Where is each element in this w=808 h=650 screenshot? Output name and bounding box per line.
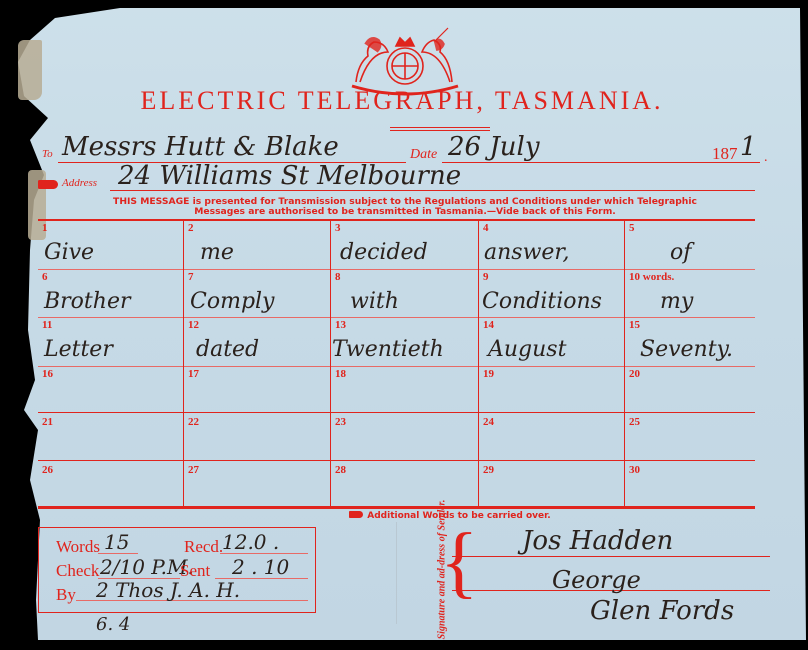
grid-row-line <box>38 317 755 318</box>
cell-word: my <box>660 289 693 314</box>
cell-word: me <box>200 240 234 265</box>
cell-number: 7 <box>188 271 194 283</box>
words-value: 15 <box>104 530 129 554</box>
grid-top-border <box>38 219 755 221</box>
cell-number: 24 <box>483 416 494 428</box>
cell-number: 3 <box>335 222 341 234</box>
cell-number: 28 <box>335 464 346 476</box>
grid-row-line <box>38 460 755 461</box>
check-label: Check <box>56 561 99 581</box>
sent-value: 2 . 10 <box>232 555 289 579</box>
grid-row-line <box>38 412 755 413</box>
grid-row-line <box>38 366 755 367</box>
cell-number: 20 <box>629 368 640 380</box>
cell-number: 6 <box>42 271 48 283</box>
signature-label: Signature and ad-dress of Sender. <box>396 528 436 620</box>
cell-word: Brother <box>44 289 130 314</box>
cell-number: 30 <box>629 464 640 476</box>
cell-word: August <box>488 337 566 362</box>
cell-number: 4 <box>483 222 489 234</box>
notice-line-2: Messages are authorised to be transmitte… <box>60 207 750 217</box>
date-period: . <box>764 150 768 166</box>
words-label: Words <box>56 537 100 557</box>
cell-word: Letter <box>44 337 113 362</box>
received-label: Recd. <box>184 537 223 557</box>
cell-number: 29 <box>483 464 494 476</box>
grid-bottom-border <box>38 506 755 509</box>
cell-word: Give <box>44 240 94 265</box>
cell-number: 12 <box>188 319 199 331</box>
cell-number: 13 <box>335 319 346 331</box>
by-label: By <box>56 585 76 605</box>
cell-number: 18 <box>335 368 346 380</box>
cell-word: answer, <box>484 240 570 265</box>
year-digit: 1 <box>740 132 757 162</box>
margin-note: 6. 4 <box>96 614 130 635</box>
cell-word: decided <box>340 240 428 265</box>
sender-address-line-1: George <box>552 566 641 594</box>
cell-number: 2 <box>188 222 194 234</box>
year-prefix: 187 <box>712 144 738 164</box>
cell-number: 19 <box>483 368 494 380</box>
cell-word: Comply <box>190 289 275 314</box>
address-label: Address <box>62 177 97 189</box>
cell-number: 25 <box>629 416 640 428</box>
cell-word: dated <box>196 337 259 362</box>
cell-number: 27 <box>188 464 199 476</box>
cell-number: 5 <box>629 222 635 234</box>
by-value: 2 Thos J. A. H. <box>96 578 240 602</box>
cell-number: 9 <box>483 271 489 283</box>
address-value: 24 Williams St Melbourne <box>118 161 461 191</box>
cell-number: 1 <box>42 222 48 234</box>
cell-number: 10 words. <box>629 271 674 283</box>
title-underline <box>390 130 490 131</box>
cell-number: 8 <box>335 271 341 283</box>
cell-word: of <box>670 240 691 265</box>
title-underline <box>390 127 490 128</box>
cell-number: 17 <box>188 368 199 380</box>
torn-edge <box>18 40 42 100</box>
cell-word: Conditions <box>482 289 602 314</box>
pointing-hand-icon <box>349 511 363 518</box>
cell-word: Twentieth <box>332 337 444 362</box>
cell-word: Seventy. <box>640 337 733 362</box>
to-label: To <box>42 148 53 160</box>
cell-number: 23 <box>335 416 346 428</box>
sender-address-line-2: Glen Fords <box>590 596 734 626</box>
grid-row-line <box>38 269 755 270</box>
to-recipient: Messrs Hutt & Blake <box>62 132 339 162</box>
date-value: 26 July <box>448 132 540 162</box>
cell-number: 11 <box>42 319 52 331</box>
signature-line-1 <box>452 556 770 557</box>
cell-number: 22 <box>188 416 199 428</box>
cell-number: 15 <box>629 319 640 331</box>
cell-number: 21 <box>42 416 53 428</box>
cell-number: 16 <box>42 368 53 380</box>
cell-word: with <box>350 289 399 314</box>
grid-col-line <box>330 220 331 508</box>
cell-number: 14 <box>483 319 494 331</box>
pointing-hand-icon <box>38 180 58 189</box>
grid-col-line <box>183 220 184 508</box>
form-title: ELECTRIC TELEGRAPH, TASMANIA. <box>112 86 692 116</box>
grid-col-line <box>624 220 625 508</box>
sender-name: Jos Hadden <box>522 526 673 556</box>
grid-col-line <box>478 220 479 508</box>
cell-number: 26 <box>42 464 53 476</box>
transmission-notice: THIS MESSAGE is presented for Transmissi… <box>60 197 750 217</box>
received-value: 12.0 . <box>222 530 279 554</box>
